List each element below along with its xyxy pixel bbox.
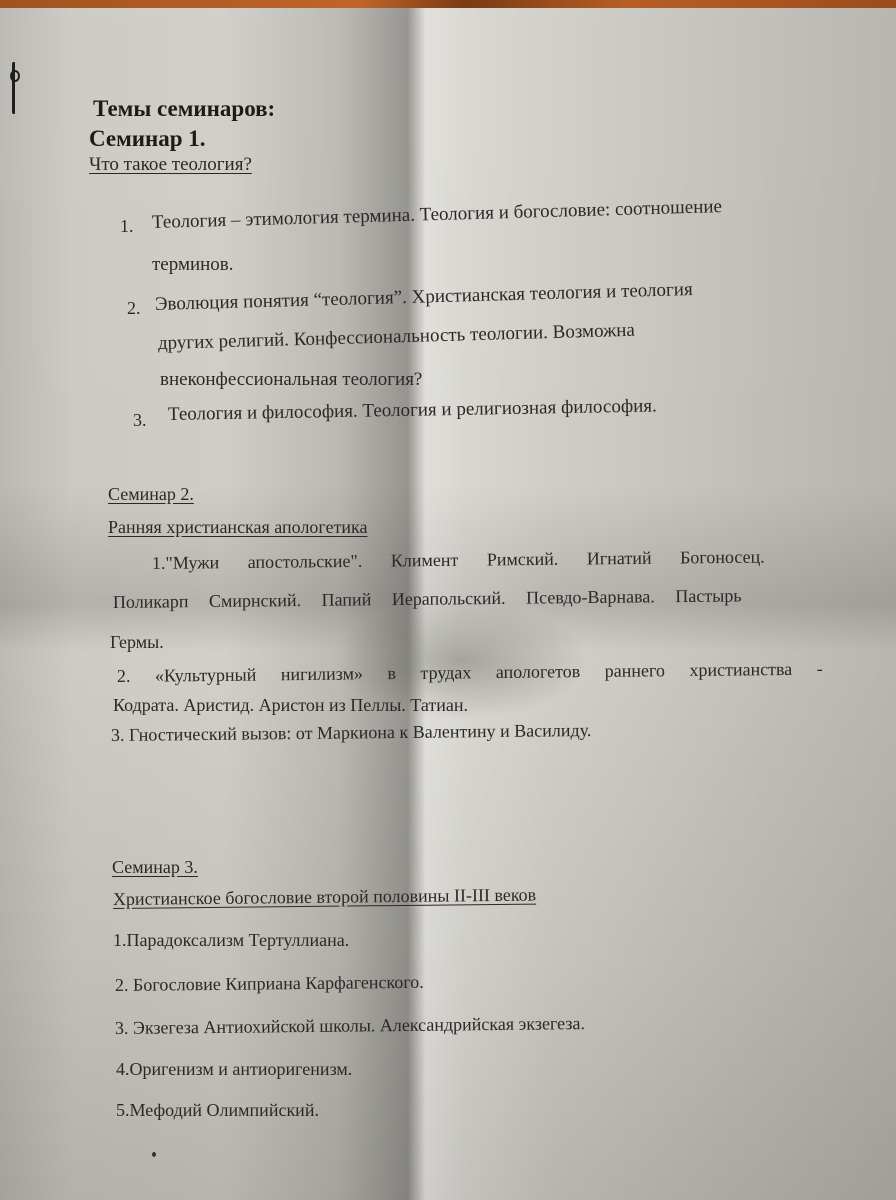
list-item-number: 5. (116, 1100, 130, 1120)
seminar-1-topic: Что такое теология? (89, 154, 252, 176)
list-item-number: 2. (127, 298, 141, 319)
list-item-text: 5.Мефодий Олимпийский. (116, 1100, 319, 1121)
list-item-number: 3. (111, 725, 125, 745)
list-item-text: внеконфессиональная теология? (160, 369, 422, 391)
list-item-text: 1.Парадоксализм Тертуллиана. (113, 930, 349, 951)
list-item-line: Оригенизм и антиоригенизм. (130, 1059, 353, 1079)
list-item-text: терминов. (152, 254, 234, 276)
list-item-line: Гностический вызов: от Маркиона к Валент… (129, 720, 592, 745)
list-item-number: 1. (120, 216, 134, 237)
list-item-number: 2. (115, 975, 129, 995)
pen-mark-icon (12, 62, 19, 114)
list-item-line: Парадоксализм Тертуллиана. (127, 930, 350, 950)
seminar-3-topic: Христианское богословие второй половины … (113, 885, 536, 910)
list-item-number: 1. (152, 553, 166, 573)
list-item-number: 2. (117, 666, 131, 686)
list-item-text: Гермы. (110, 632, 164, 653)
list-item-text: Кодрата. Аристид. Аристон из Пеллы. Тати… (113, 695, 468, 716)
list-item-number: 1. (113, 930, 127, 950)
list-item-text: 2. Богословие Киприана Карфагенского. (115, 972, 424, 996)
list-item-number: 4. (116, 1059, 130, 1079)
seminar-3-heading: Семинар 3. (112, 857, 198, 878)
list-item-text: 4.Оригенизм и антиоригенизм. (116, 1059, 352, 1080)
list-item-line: Мефодий Олимпийский. (130, 1100, 319, 1120)
document-title: Темы семинаров: (93, 96, 275, 122)
list-item-line: Богословие Киприана Карфагенского. (133, 972, 424, 995)
ink-dot (152, 1152, 156, 1157)
seminar-2-topic: Ранняя христианская апологетика (108, 517, 368, 538)
list-item-number: 3. (115, 1018, 129, 1038)
seminar-1-heading: Семинар 1. (89, 126, 206, 152)
seminar-2-heading: Семинар 2. (108, 484, 194, 505)
list-item-line: Экзегеза Антиохийской школы. Александрий… (133, 1013, 585, 1038)
list-item-number: 3. (133, 410, 147, 431)
